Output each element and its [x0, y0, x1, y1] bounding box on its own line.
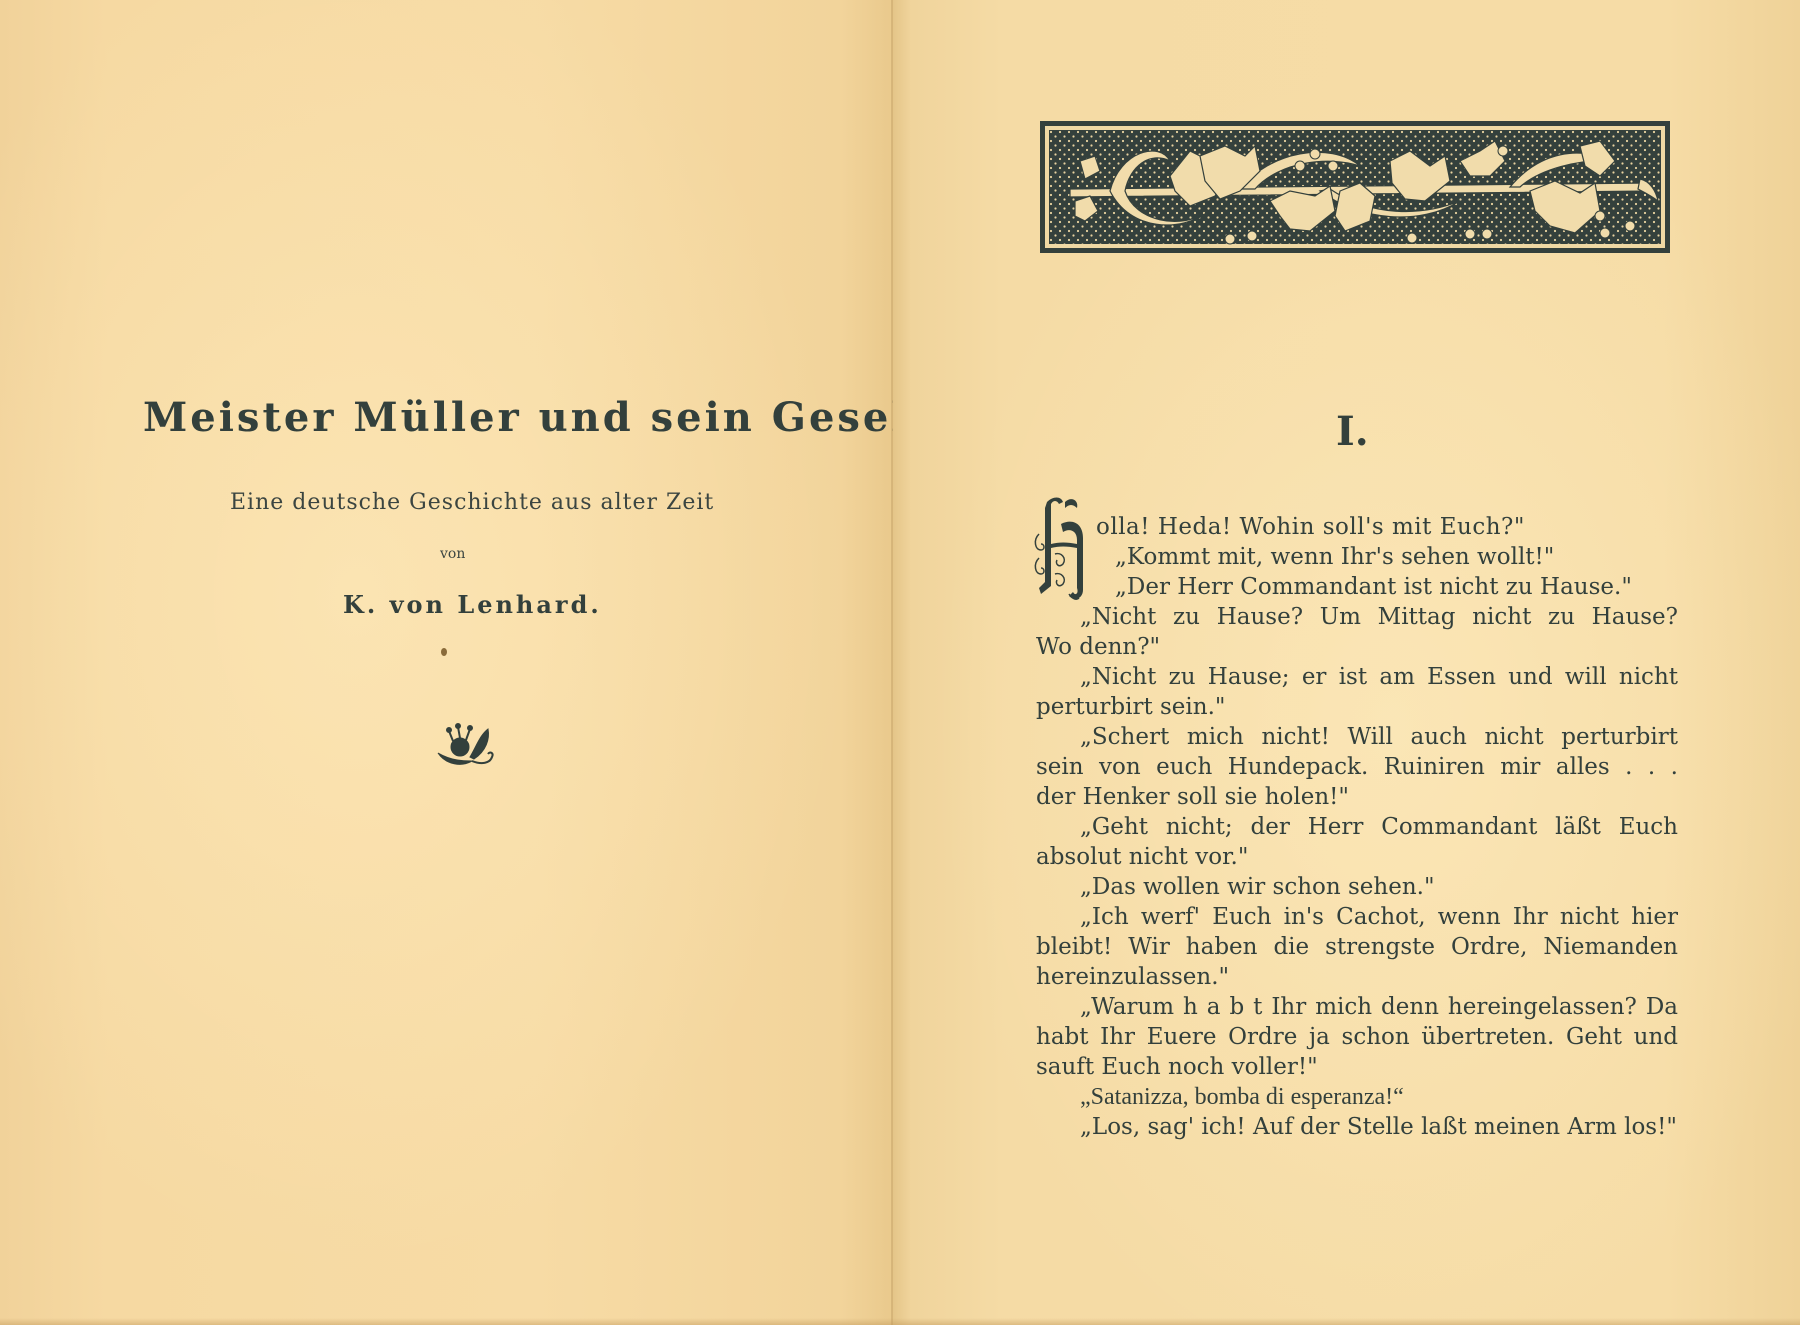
book-spread: Meister Müller und sein Geselle. Eine de…: [0, 0, 1800, 1325]
by-label: von: [440, 546, 465, 562]
text-line: hereinzulassen.": [1036, 962, 1678, 992]
text-line: „Satanizza, bomba di esperanza!“: [1036, 1082, 1678, 1112]
text-line: „Kommt mit, wenn Ihr's sehen wollt!": [1036, 542, 1678, 572]
text-line: „Schert mich nicht! Will auch nicht pert…: [1036, 722, 1678, 752]
text-line: „Das wollen wir schon sehen.": [1036, 872, 1678, 902]
text-line: perturbirt sein.": [1036, 692, 1678, 722]
text-line: olla! Heda! Wohin soll's mit Euch?": [1036, 512, 1678, 542]
chapter-number: I.: [1336, 408, 1369, 455]
text-line: „Nicht zu Hause; er ist am Essen und wil…: [1036, 662, 1678, 692]
text-line: Wo denn?": [1036, 632, 1678, 662]
book-subtitle: Eine deutsche Geschichte aus alter Zeit: [230, 490, 714, 515]
text-line: „Los, sag' ich! Auf der Stelle laßt mein…: [1036, 1112, 1678, 1142]
text-line: sauft Euch noch voller!": [1036, 1052, 1678, 1082]
left-page: Meister Müller und sein Geselle. Eine de…: [0, 0, 893, 1325]
text-line: absolut nicht vor.": [1036, 842, 1678, 872]
text-line: sein von euch Hundepack. Ruiniren mir al…: [1036, 752, 1678, 782]
text-line: „Geht nicht; der Herr Commandant läßt Eu…: [1036, 812, 1678, 842]
chapter-body-text: olla! Heda! Wohin soll's mit Euch?" „Kom…: [1036, 512, 1678, 1142]
text-line: „Nicht zu Hause? Um Mittag nicht zu Haus…: [1036, 602, 1678, 632]
text-line: „Warum h a b t Ihr mich denn hereingelas…: [1036, 992, 1678, 1022]
ivy-vine-banner-icon: [1040, 121, 1670, 253]
text-line: der Henker soll sie holen!": [1036, 782, 1678, 812]
book-title: Meister Müller und sein Geselle.: [143, 394, 793, 441]
author-name: K. von Lenhard.: [343, 590, 602, 619]
page-bottom-edge: [0, 1318, 1800, 1325]
text-line: habt Ihr Euere Ordre ja schon übertreten…: [1036, 1022, 1678, 1052]
text-line: „Ich werf' Euch in's Cachot, wenn Ihr ni…: [1036, 902, 1678, 932]
paper-speck: [441, 648, 447, 656]
flower-bud-vignette-icon: [436, 717, 500, 773]
text-line: bleibt! Wir haben die strengste Ordre, N…: [1036, 932, 1678, 962]
text-line: „Der Herr Commandant ist nicht zu Hause.…: [1036, 572, 1678, 602]
